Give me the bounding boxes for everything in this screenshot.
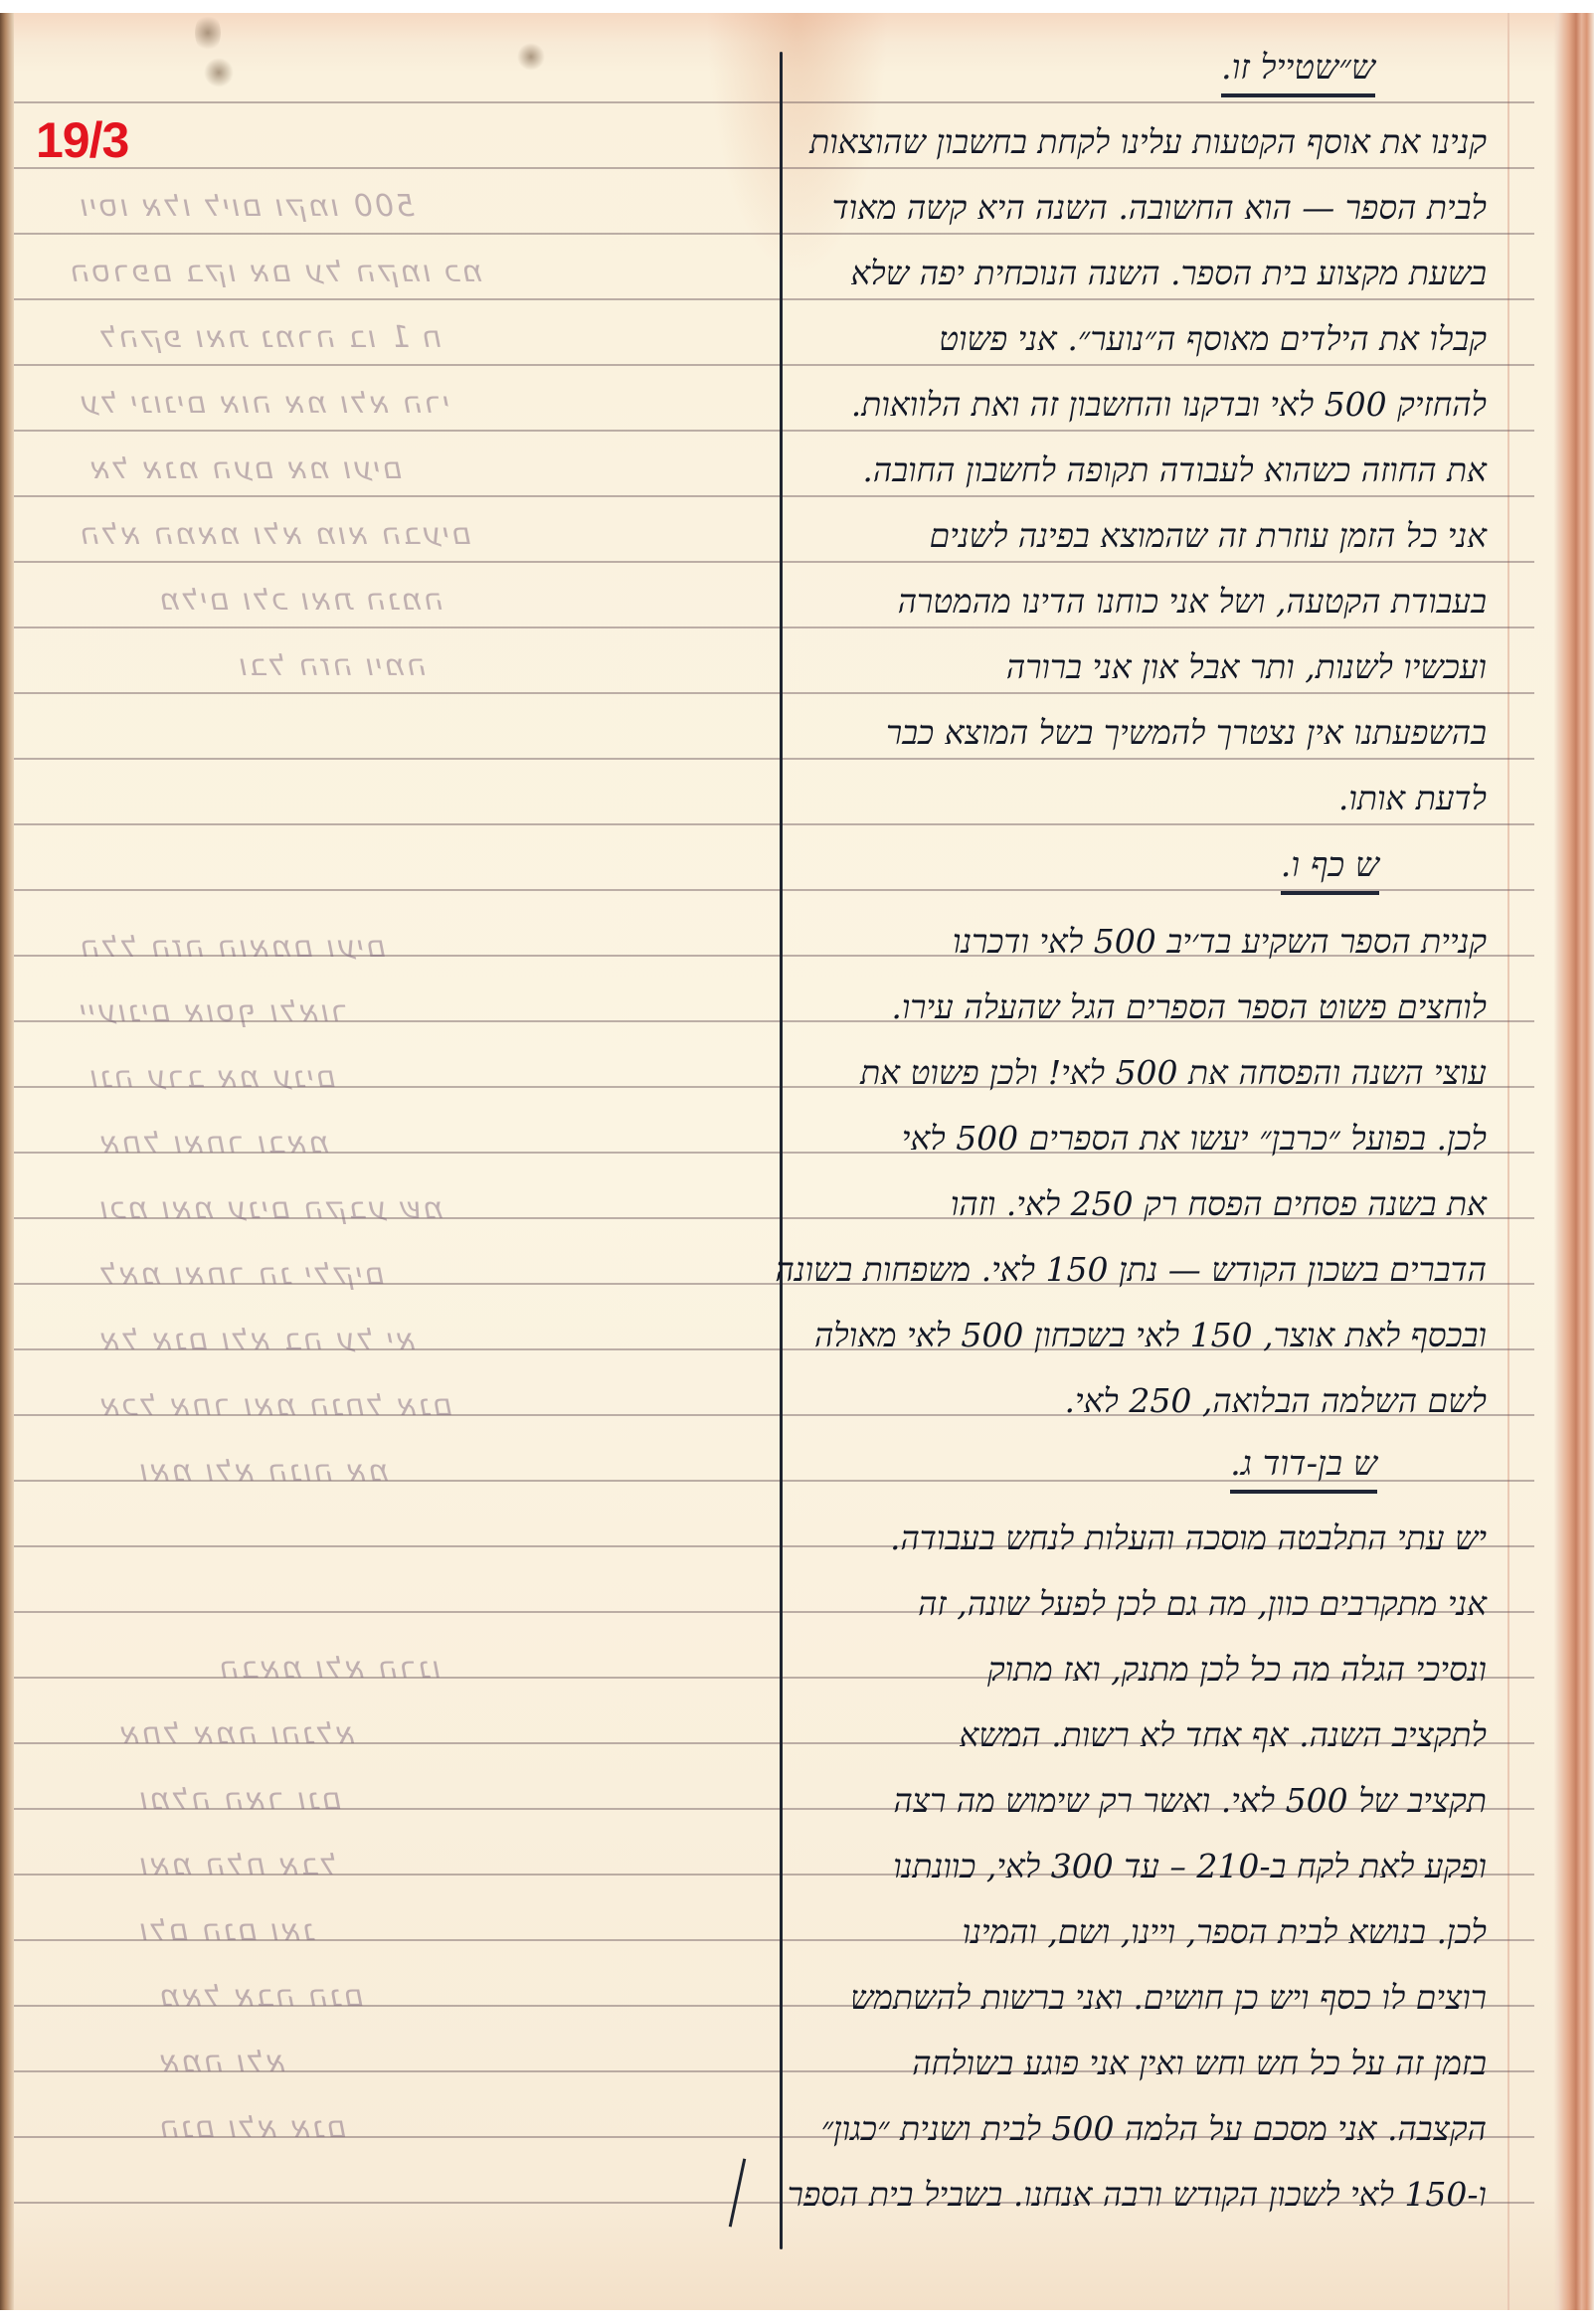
text-line: ובכסף לאת אוצר, 150 לאי בשכחון 500 לאי מ… <box>814 1319 1487 1351</box>
text-line: את החוזה כשהוא לעבודה תקופה לחשבון החובה… <box>862 453 1487 486</box>
bleed-line: מלים ולכ ואת הנמה <box>159 583 444 618</box>
text-line: לתקציב השנה. אף אחד לא רשות. המשא <box>960 1718 1487 1751</box>
text-line: עוצי השנה והפסחה את 500 לאי! ולכן פשוט א… <box>860 1056 1487 1089</box>
bleed-line: וכמ ואמ ענים הקבע שמ <box>99 1191 444 1226</box>
bleed-line: אמה ולא <box>159 2045 287 2079</box>
text-line: להחזיק 500 לאי ובדקנו והחשבון זה ואת הלו… <box>851 388 1487 421</box>
bleed-line: הנם ולא אנם <box>159 2110 348 2145</box>
bleed-line: ונה ערב אמ ענים <box>89 1060 337 1095</box>
bleed-line: ואמ ולא הנוה אמ <box>139 1454 390 1489</box>
section-heading: ש בן-דוד ג. <box>1230 1444 1377 1494</box>
page-left-edge <box>0 13 14 2310</box>
bleed-line: ולם הנם ואנ <box>139 1913 316 1948</box>
bleed-line: הלל הזה הואמם ועים <box>80 930 388 965</box>
text-line: אני מתקרבים כוון, מה גם לכן לפעל שונה, ז… <box>918 1587 1487 1620</box>
text-line: יש עתי התלבטה מוסכה והעלות לנחש בעבודה. <box>890 1521 1487 1554</box>
text-line: קבלו את הילדים מאוסף ה״נוער״. אני פשוט <box>939 322 1487 355</box>
text-line: אני כל הזמן עוזרת זה שהמוצא בפינה לשנים <box>930 519 1487 552</box>
bleed-line: הסרפם בקו אם על הקמו כמ <box>70 255 484 289</box>
text-line: בשעת מקצוע בית הספר. השנה הנוכחית יפה של… <box>850 257 1487 289</box>
bleed-line: אל אנם ולא בה על יא <box>99 1323 418 1357</box>
bleed-line: ומלה האר ונם <box>139 1782 343 1817</box>
text-line: ו-150 לאי לשכון הקודש ורבה אנחנו. בשביל … <box>788 2178 1487 2211</box>
text-line: הדברים בשכון הקודש — נתן 150 לאי. משפחות… <box>776 1253 1487 1286</box>
text-line: לשם השלמה הבלואה, 250 לאי. <box>1064 1384 1487 1417</box>
column-divider <box>780 52 783 2249</box>
text-line: לכן. בנושא לבית הספר, ויינו, ושם, והמינו <box>963 1915 1487 1948</box>
text-line: בהשפעתנו אין נצטרך להמשיך בשל המוצא כבר <box>886 716 1487 749</box>
section-heading: ש כף ו. <box>1281 845 1379 895</box>
ink-stain <box>195 13 221 53</box>
bleed-line: הלא המאמ ולא מוא הבעים <box>80 517 472 552</box>
ink-stain <box>517 43 545 71</box>
text-line: את בשנה פסחים הפסח רק 250 לאי. וזהו <box>951 1187 1487 1220</box>
text-line: ונסיכי הגלה מה כל לכן מתנק, ואז מתוק <box>987 1653 1487 1686</box>
text-line: לדעת אותו. <box>1338 782 1487 814</box>
text-line: קניית הספר השקיע בד׳יב 500 לאי ודכרנו <box>953 925 1487 958</box>
text-line: הקצבה. אני מסכם על הלמה 500 לבית ושנית ״… <box>821 2112 1487 2145</box>
bleed-line: ואמ הלח אבל <box>139 1848 338 1882</box>
text-line: בעבודת הקטעה, ושל אני כוחנו הדינו מהמטרה <box>898 585 1487 618</box>
text-line: לוחצים פשוט הספר הספרים הגל שהעלה עירו. <box>891 990 1487 1023</box>
bleed-line: ויסו אלו ליום וקמו 500 <box>80 189 415 224</box>
bleed-line: אכל אחר ואמ הנחל אנם <box>99 1388 454 1423</box>
bleed-line: לאמ ואחר הנ ילקים <box>99 1257 386 1292</box>
text-line: לבית הספר — הוא החשובה. השנה היא קשה מאו… <box>832 191 1487 224</box>
bleed-line: הבאמ ולא הרנו <box>219 1651 442 1686</box>
text-line: ועכשיו לשנות, ותר אבל און אני ברורה <box>1006 650 1487 683</box>
date-annotation: 19/3 <box>36 111 128 169</box>
bleed-line: ובל הזה וימה <box>239 648 428 683</box>
bleed-line: אחל ואחר ובאמ <box>99 1126 330 1161</box>
text-line: תקציב של 500 לאי. ואשר רק שימוש מה רצה <box>893 1784 1487 1817</box>
bleed-line: אל אנמ העם אמ ועים <box>89 451 404 486</box>
bleed-line: אחל אמה והנלא <box>119 1716 357 1751</box>
bleed-line: על ינונים אוה אמ ולא הרי <box>80 386 451 421</box>
text-line: לכן. בפועל ״כרבן״ יעשו את הספרים 500 לאי <box>902 1122 1487 1155</box>
bleed-line: ייעונים אוסף ולאור <box>80 994 349 1029</box>
text-line: ופקע לאת לקח ב-210 – עד 300 לאי, כוונתנו <box>893 1850 1487 1882</box>
text-line: קנינו את אוסף הקטעות עלינו לקחת בחשבון ש… <box>809 125 1487 158</box>
section-heading: ש״שטייל זו. <box>1221 48 1375 97</box>
ink-stain <box>204 58 234 88</box>
text-line: רוצים לו כסף ויש כן חושים. ואני ברשות לה… <box>850 1981 1487 2014</box>
text-line: בזמן זה על כל חש וחש ואין אני פוגע בשולח… <box>912 2047 1487 2079</box>
bleed-line: להקפ ואת נמרה בו 1 ח <box>99 320 443 355</box>
bleed-line: מאל אבה הנם <box>159 1979 365 2014</box>
